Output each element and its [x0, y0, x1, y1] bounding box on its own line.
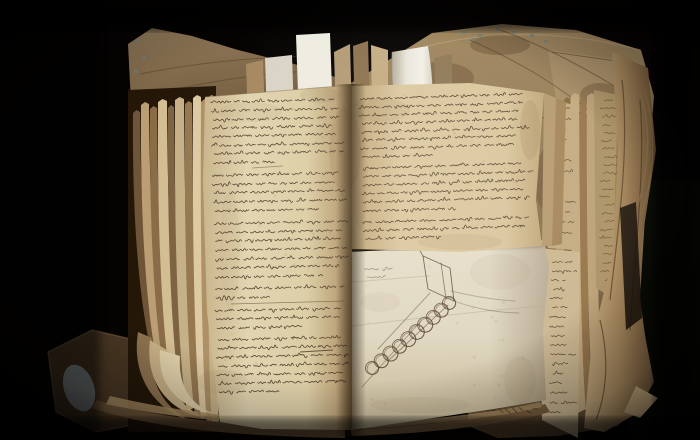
manuscript-photo [0, 0, 700, 440]
photo-stage [0, 0, 700, 440]
vignette [0, 0, 700, 440]
top-falloff [0, 0, 700, 30]
bottom-falloff [0, 418, 700, 440]
left-falloff [0, 0, 100, 440]
right-falloff [655, 0, 700, 440]
lighting-vignette [0, 0, 700, 440]
